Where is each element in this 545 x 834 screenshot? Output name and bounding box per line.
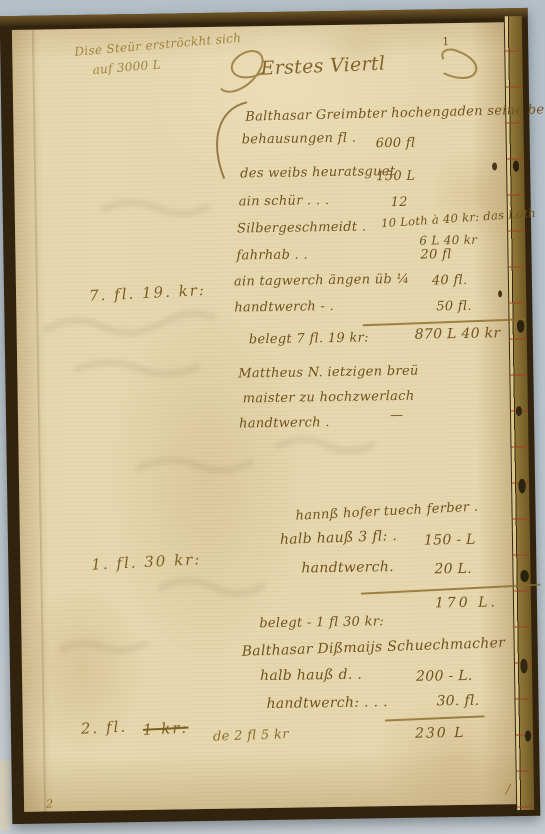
entry-line: handtwerch . [239, 415, 330, 431]
total-value: 870 L 40 kr [415, 325, 501, 342]
entry-value: 150 L [376, 169, 415, 185]
margin-correction: de 2 fl 5 kr [213, 727, 289, 745]
manuscript-page: Dise Steür erströckht sich auf 3000 L 1 … [12, 22, 516, 812]
margin-struck-amount: 1 kr: [142, 719, 188, 739]
entry-line: Silbergeschmeidt . [237, 219, 366, 236]
sum-value: 170 L. [435, 594, 498, 611]
entry-value: 150 - L [424, 532, 476, 549]
entry-value: 50 fl. [436, 299, 472, 315]
entry-value: 12 [391, 195, 408, 210]
ink-spot [492, 162, 497, 170]
entry-line: handtwerch: . . . [266, 694, 388, 712]
entry-line: handtwerch - . [234, 299, 334, 316]
table-edge [0, 760, 10, 830]
margin-amount: 2. fl. [80, 717, 127, 737]
entry-value: 600 fl [376, 136, 416, 152]
entry-line: maister zu hochzwerlach [243, 389, 415, 407]
entry-value: 20 fl [420, 247, 451, 262]
bottom-folio-mark: 2 [46, 797, 54, 810]
book: Dise Steür erströckht sich auf 3000 L 1 … [0, 8, 540, 824]
sum-value: 230 L [415, 725, 466, 742]
entry-value: — [390, 408, 404, 423]
entry-line: halb hauß d. . [260, 667, 362, 685]
entry-value: 40 fl. [432, 273, 468, 289]
entry-value: 200 - L. [416, 668, 473, 685]
entry-value: 6 L 40 kr [419, 233, 477, 248]
entry-line: Mattheus N. ietzigen breü [238, 364, 418, 382]
total-line: belegt 7 fl. 19 kr: [249, 330, 369, 347]
entry-line: handtwerch. [301, 559, 394, 576]
corner-pen-mark: ∕ [506, 782, 511, 797]
photo-background: Dise Steür erströckht sich auf 3000 L 1 … [0, 0, 545, 834]
entry-line: des weibs heuratsguet [240, 164, 395, 181]
ink-spot [498, 290, 502, 297]
entry-value: 30. fl. [436, 693, 479, 710]
entry-value: 20 L. [434, 561, 472, 578]
entry-line: ain schür . . . [239, 193, 330, 209]
entry-line: fahrhab . . [236, 247, 308, 263]
entry-line: ain tagwerch ängen üb ¼ [234, 272, 410, 290]
total-line: belegt - 1 fl 30 kr: [259, 614, 384, 631]
entry-line: behausungen fl . [242, 131, 357, 148]
